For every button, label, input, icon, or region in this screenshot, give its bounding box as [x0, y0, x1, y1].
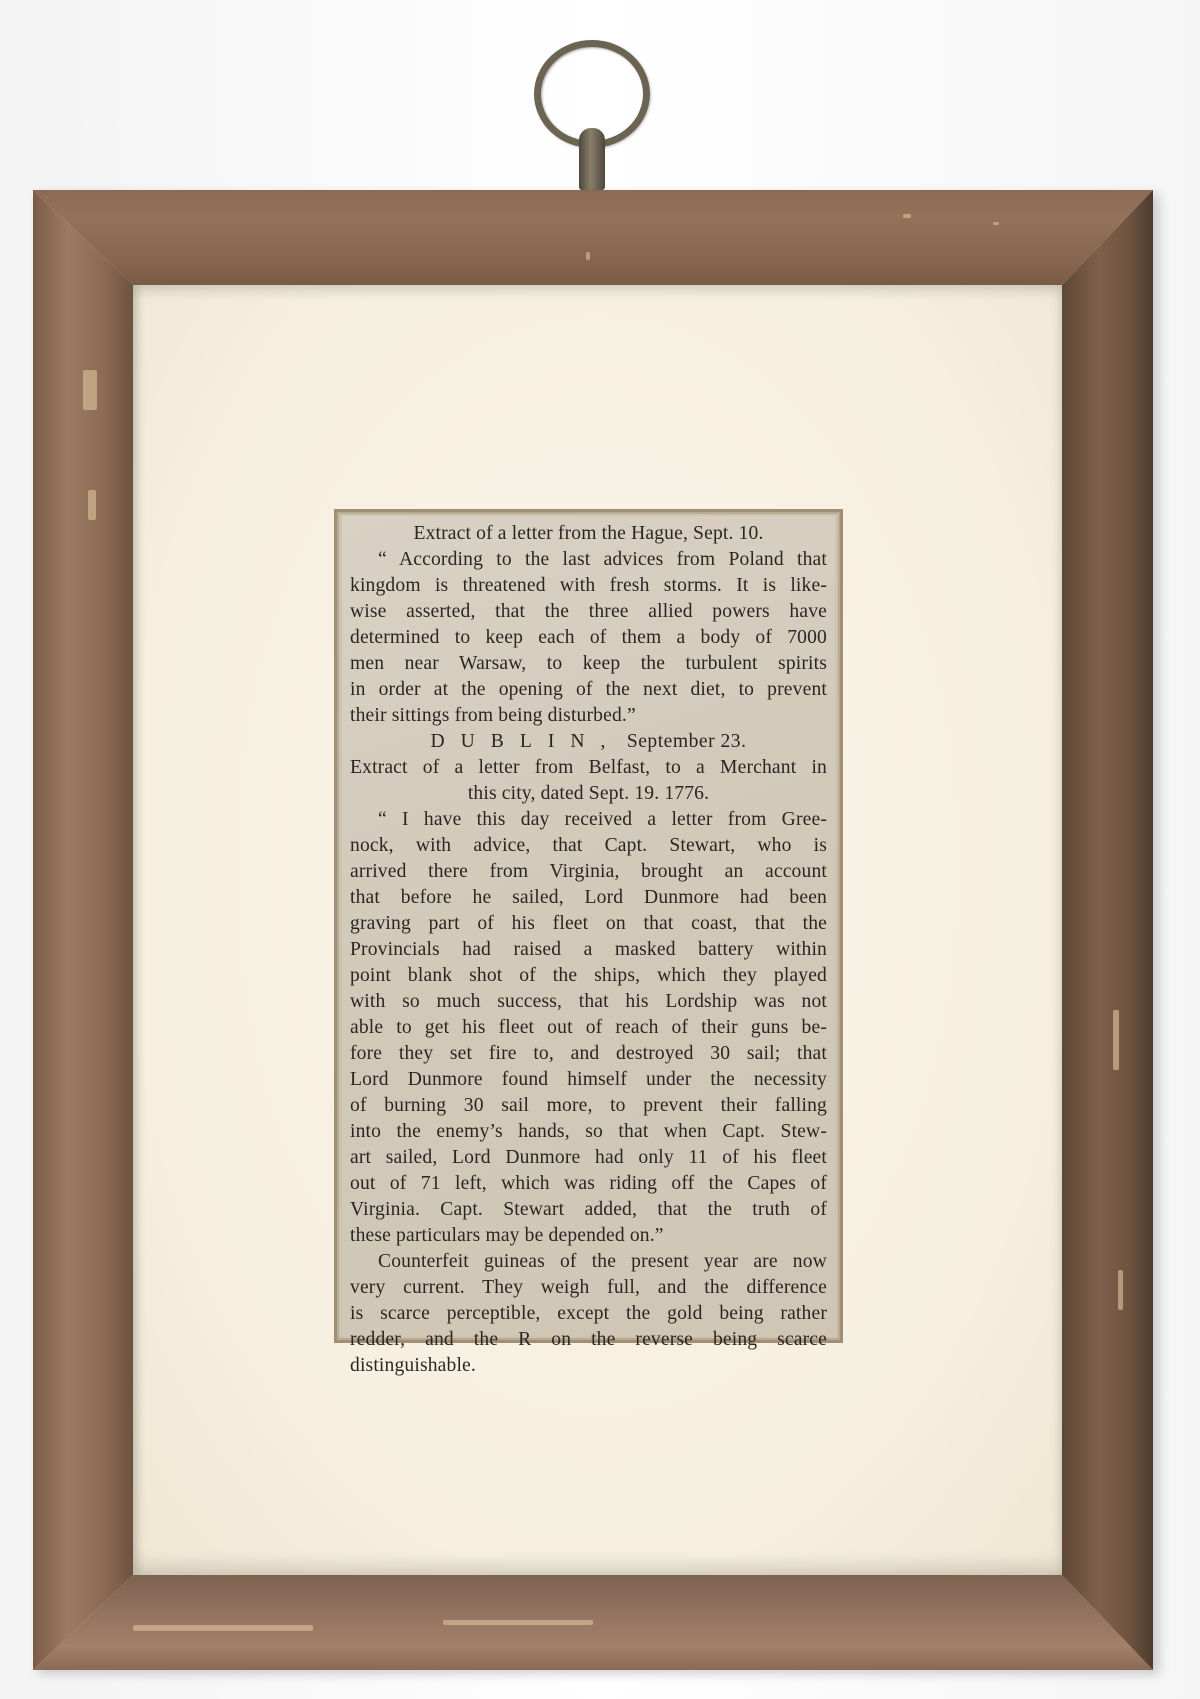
- clipping-line: point blank shot of the ships, which the…: [350, 963, 827, 989]
- clipping-line: their sittings from being disturbed.”: [350, 703, 827, 729]
- frame-wear-mark: [1118, 1270, 1123, 1310]
- frame-wear-mark: [993, 222, 999, 225]
- frame-rail-bottom: [33, 1575, 1153, 1670]
- clipping-line: determined to keep each of them a body o…: [350, 625, 827, 651]
- clipping-line: is scarce perceptible, except the gold b…: [350, 1301, 827, 1327]
- newspaper-clipping: Extract of a letter from the Hague, Sept…: [334, 509, 843, 1343]
- clipping-line: out of 71 left, which was riding off the…: [350, 1171, 827, 1197]
- frame-wear-mark: [1113, 1010, 1119, 1070]
- clipping-line: able to get his fleet out of reach of th…: [350, 1015, 827, 1041]
- dateline-date: September 23.: [627, 731, 747, 752]
- hanging-ring-stem: [579, 128, 605, 190]
- frame-rail-right: [1062, 190, 1153, 1670]
- clipping-line: that before he sailed, Lord Dunmore had …: [350, 885, 827, 911]
- dateline-city: DUBLIN,: [430, 731, 621, 752]
- clipping-line: Lord Dunmore found himself under the nec…: [350, 1067, 827, 1093]
- clipping-line: these particulars may be depended on.”: [350, 1223, 827, 1249]
- clipping-heading: Extract of a letter from the Hague, Sept…: [350, 521, 827, 547]
- frame-wear-mark: [586, 252, 590, 260]
- clipping-subheading: Extract of a letter from Belfast, to a M…: [350, 755, 827, 781]
- clipping-line: “ According to the last advices from Pol…: [350, 547, 827, 573]
- clipping-line: distinguishable.: [350, 1353, 827, 1379]
- clipping-line: arrived there from Virginia, brought an …: [350, 859, 827, 885]
- frame-rail-left: [33, 190, 133, 1670]
- frame-wear-mark: [443, 1620, 593, 1625]
- frame-rail-top: [33, 190, 1153, 285]
- clipping-line: into the enemy’s hands, so that when Cap…: [350, 1119, 827, 1145]
- clipping-line: fore they set fire to, and destroyed 30 …: [350, 1041, 827, 1067]
- clipping-line: art sailed, Lord Dunmore had only 11 of …: [350, 1145, 827, 1171]
- clipping-subheading: this city, dated Sept. 19. 1776.: [350, 781, 827, 807]
- frame-wear-mark: [903, 214, 911, 218]
- frame-wear-mark: [133, 1625, 313, 1631]
- clipping-line: kingdom is threatened with fresh storms.…: [350, 573, 827, 599]
- clipping-line: in order at the opening of the next diet…: [350, 677, 827, 703]
- clipping-line: Counterfeit guineas of the present year …: [350, 1249, 827, 1275]
- clipping-line: of burning 30 sail more, to prevent thei…: [350, 1093, 827, 1119]
- clipping-line: nock, with advice, that Capt. Stewart, w…: [350, 833, 827, 859]
- clipping-line: Virginia. Capt. Stewart added, that the …: [350, 1197, 827, 1223]
- clipping-dateline: DUBLIN, September 23.: [350, 729, 827, 755]
- clipping-line: with so much success, that his Lordship …: [350, 989, 827, 1015]
- clipping-line: wise asserted, that the three allied pow…: [350, 599, 827, 625]
- frame-wear-mark: [83, 370, 97, 410]
- frame-wear-mark: [88, 490, 96, 520]
- clipping-line: Provincials had raised a masked battery …: [350, 937, 827, 963]
- clipping-line: “ I have this day received a letter from…: [350, 807, 827, 833]
- clipping-line: men near Warsaw, to keep the turbulent s…: [350, 651, 827, 677]
- clipping-line: redder, and the R on the reverse being s…: [350, 1327, 827, 1353]
- clipping-line: graving part of his fleet on that coast,…: [350, 911, 827, 937]
- clipping-text-block: Extract of a letter from the Hague, Sept…: [342, 516, 835, 1336]
- clipping-line: very current. They weigh full, and the d…: [350, 1275, 827, 1301]
